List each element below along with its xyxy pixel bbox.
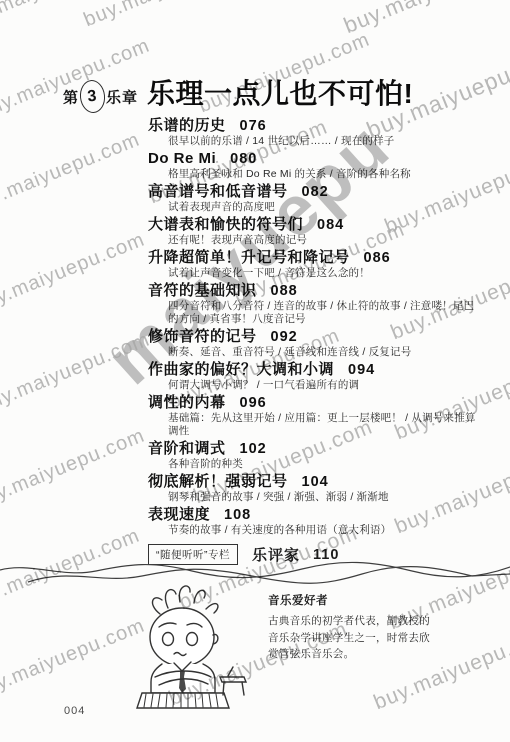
chapter-label: 第3乐章 [63,82,138,115]
toc-entry-subtitle: 试着让声音变化一下吧 / 音符是这么念的！ [148,267,484,280]
toc-entry-page-number: 096 [240,395,267,411]
toc-item: 调性的内幕096 基础篇：先从这里开始 / 应用篇：更上一层楼吧！ / 从调号来… [148,393,484,438]
toc-item: 表现速度108 节奏的故事 / 有关速度的各种用语（意大利语） [148,505,484,537]
character-name: 音乐爱好者 [268,592,480,608]
toc-entry-title-row: 表现速度108 [148,505,484,524]
toc-item: 大谱表和愉快的符号们084 还有呢！表现声音高度的记号 [148,215,484,247]
toc-entry-subtitle: 四分音符和八分音符 / 连音的故事 / 休止符的故事 / 注意喽！尾巴的方向 /… [148,300,484,326]
toc-entry-title: 乐谱的历史 [148,117,226,134]
toc-item: 音符的基础知识088 四分音符和八分音符 / 连音的故事 / 休止符的故事 / … [148,281,484,326]
toc-entry-title: 修饰音符的记号 [148,328,257,345]
page-number: 004 [64,705,85,717]
chapter-prefix: 第 [63,89,79,106]
toc-entry-subtitle: 钢琴和强音的故事 / 突强 / 渐强、渐弱 / 渐渐地 [148,491,484,504]
toc-entry-page-number: 084 [317,217,344,233]
toc-entry-subtitle: 各种音阶的种类 [148,458,484,471]
toc-entry-title: 表现速度 [148,506,210,523]
toc-item: 升降超简单！升记号和降记号086 试着让声音变化一下吧 / 音符是这么念的！ [148,248,484,280]
toc-entry-title: 音阶和调式 [148,440,226,457]
toc-entry-title: 音符的基础知识 [148,282,257,299]
toc-item: 高音谱号和低音谱号082 试着表现声音的高度吧 [148,182,484,214]
watermark-text: buy.maiyuepu.com [0,129,143,219]
chapter-suffix: 乐章 [106,89,138,106]
toc-entry-subtitle: 试着表现声音的高度吧 [148,201,484,214]
toc-entry-title-row: 音阶和调式102 [148,439,484,458]
toc-entry-page-number: 080 [230,151,257,167]
toc-entry-page-number: 104 [302,474,329,490]
book-page: 第3乐章 乐理一点儿也不可怕! 乐谱的历史076 很早以前的乐谱 / 14 世纪… [0,0,510,742]
toc-entry-subtitle: 还有呢！表现声音高度的记号 [148,234,484,247]
toc-entry-subtitle: 何谓大调与小调？ / 一口气看遍所有的调 [148,379,484,392]
page-title: 乐理一点儿也不可怕! [147,72,413,112]
watermark-text: buy.maiyuepu.com [0,425,148,515]
character-description-line: 古典音乐的初学者代表，副教授的 [268,613,480,630]
watermark-text: buy.maiyuepu.com [0,329,153,419]
toc-entry-page-number: 088 [271,283,298,299]
chapter-number: 3 [78,79,106,114]
toc: 乐谱的历史076 很早以前的乐谱 / 14 世纪以后…… / 现在的样子 Do … [148,116,484,565]
toc-entry-title: 作曲家的偏好？大调和小调 [148,361,334,378]
toc-entry-page-number: 094 [348,362,375,378]
toc-entry-subtitle: 格里高利圣咏和 Do Re Mi 的关系 / 音阶的各种名称 [148,168,484,181]
hair-icon [165,590,176,608]
toc-entry-subtitle: 断奏、延音、重音符号 / 延音线和连音线 / 反复记号 [148,346,484,359]
toc-entry-page-number: 082 [302,184,329,200]
character-description: 音乐爱好者 古典音乐的初学者代表，副教授的 音乐杂学讲座学生之一，时常去欣 赏管… [268,592,480,663]
toc-entry-title-row: 彻底解析！强弱记号104 [148,472,484,491]
toc-item: 修饰音符的记号092 断奏、延音、重音符号 / 延音线和连音线 / 反复记号 [148,327,484,359]
watermark-text: buy.maiyuepu.com [0,0,133,34]
toc-entry-title: Do Re Mi [148,150,216,167]
toc-entry-title-row: 大谱表和愉快的符号们084 [148,215,484,234]
watermark-text: buy.maiyuepu.com [340,0,510,39]
toc-entry-subtitle: 基础篇：先从这里开始 / 应用篇：更上一层楼吧！ / 从调号来推算调性 [148,412,484,438]
toc-entry-page-number: 102 [240,441,267,457]
toc-entry-page-number: 086 [364,250,391,266]
toc-entry-page-number: 092 [271,329,298,345]
toc-item: 作曲家的偏好？大调和小调094 何谓大调与小调？ / 一口气看遍所有的调 [148,360,484,392]
toc-entry-title: 大谱表和愉快的符号们 [148,216,303,233]
toc-entry-subtitle: 很早以前的乐谱 / 14 世纪以后…… / 现在的样子 [148,135,484,148]
toc-item: 音阶和调式102 各种音阶的种类 [148,439,484,471]
toc-entry-title-row: 升降超简单！升记号和降记号086 [148,248,484,267]
toc-entry-title: 升降超简单！升记号和降记号 [148,249,350,266]
toc-entry-title: 高音谱号和低音谱号 [148,183,288,200]
toc-entry-page-number: 108 [224,507,251,523]
toc-entry-title-row: 音符的基础知识088 [148,281,484,300]
toc-entry-title-row: 修饰音符的记号092 [148,327,484,346]
toc-item: 乐谱的历史076 很早以前的乐谱 / 14 世纪以后…… / 现在的样子 [148,116,484,148]
toc-entry-subtitle: 节奏的故事 / 有关速度的各种用语（意大利语） [148,524,484,537]
watermark-text: buy.maiyuepu.com [81,0,259,32]
toc-entry-title-row: 高音谱号和低音谱号082 [148,182,484,201]
toc-entry-title: 调性的内幕 [148,394,226,411]
character-description-line: 赏管弦乐音乐会。 [268,646,480,663]
toc-entry-page-number: 076 [240,118,267,134]
toc-entry-title: 彻底解析！强弱记号 [148,473,288,490]
toc-entry-title-row: 调性的内幕096 [148,393,484,412]
toc-item: Do Re Mi080 格里高利圣咏和 Do Re Mi 的关系 / 音阶的各种… [148,149,484,181]
toc-list: 乐谱的历史076 很早以前的乐谱 / 14 世纪以后…… / 现在的样子 Do … [148,116,484,537]
watermark-text: buy.maiyuepu.com [0,229,148,319]
character-description-line: 音乐杂学讲座学生之一，时常去欣 [268,630,480,647]
toc-entry-title-row: Do Re Mi080 [148,149,484,168]
toc-item: 彻底解析！强弱记号104 钢琴和强音的故事 / 突强 / 渐强、渐弱 / 渐渐地 [148,472,484,504]
character-illustration [116,580,266,712]
toc-entry-title-row: 乐谱的历史076 [148,116,484,135]
toc-entry-title-row: 作曲家的偏好？大调和小调094 [148,360,484,379]
